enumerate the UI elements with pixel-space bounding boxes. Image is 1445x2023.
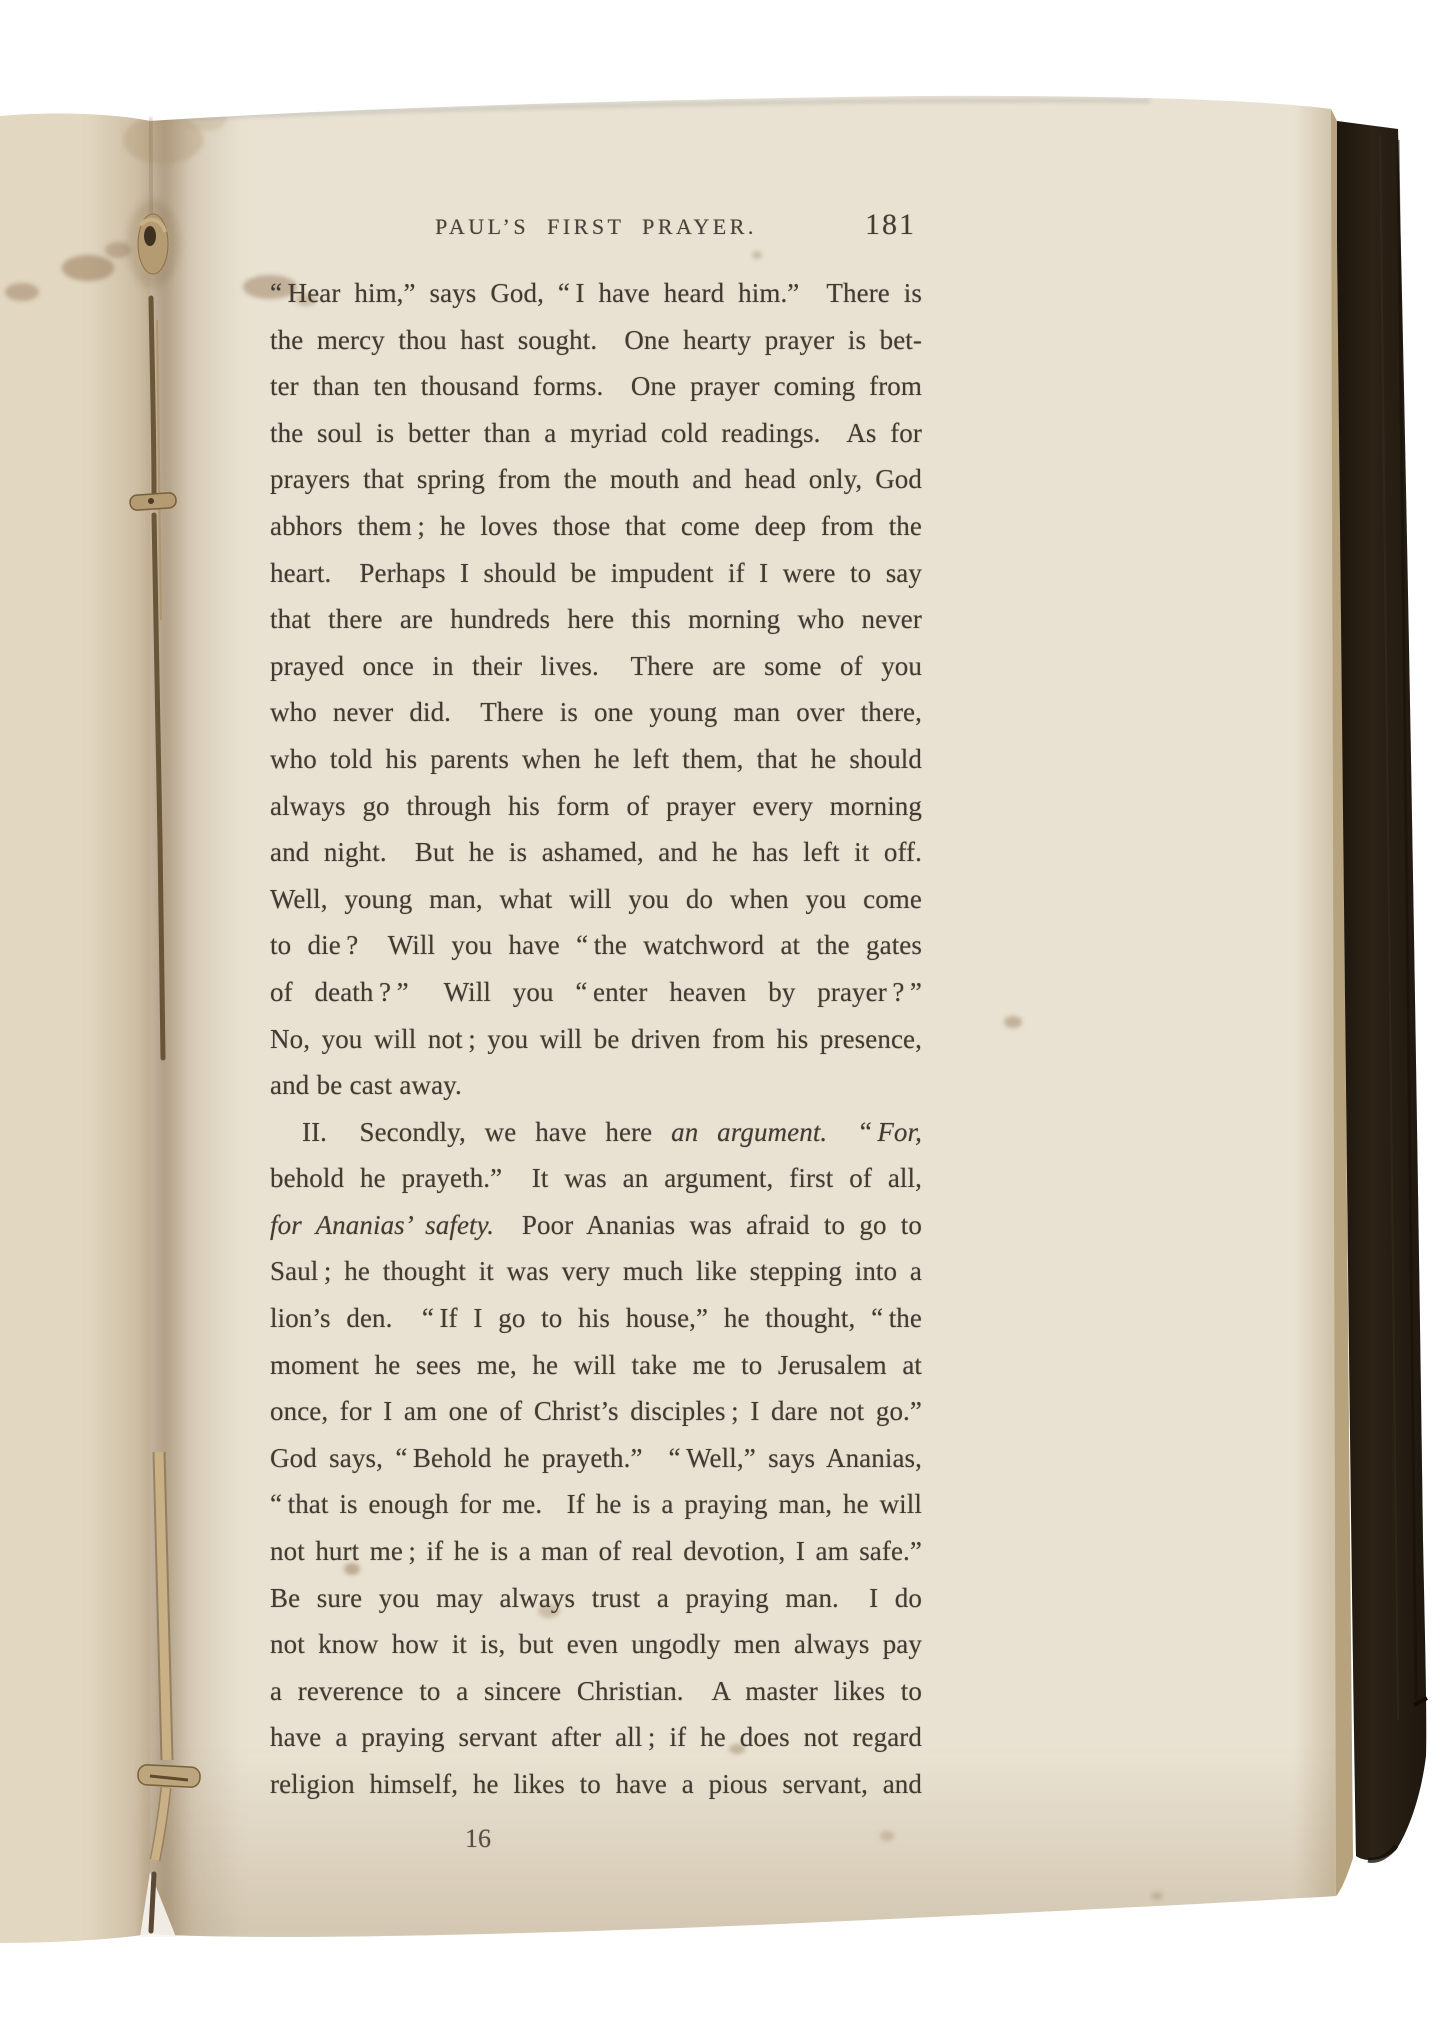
text-line: for Ananias’ safety. Poor Ananias was af… (270, 1202, 922, 1249)
text-line: of death ? ” Will you “ enter heaven by … (270, 969, 922, 1016)
text-line: “ that is enough for me. If he is a pray… (270, 1481, 922, 1528)
text-line: not know how it is, but even ungodly men… (270, 1621, 922, 1668)
text-line: and be cast away. (270, 1062, 922, 1109)
text-line: who never did. There is one young man ov… (270, 689, 922, 736)
text-line: not hurt me ; if he is a man of real dev… (270, 1528, 922, 1575)
text-line: abhors them ; he loves those that come d… (270, 503, 922, 550)
signature-mark: 16 (446, 1824, 510, 1854)
text-line: always go through his form of prayer eve… (270, 783, 922, 830)
book-page-photo: PAUL’S FIRST PRAYER. 181 “ Hear him,” sa… (0, 0, 1445, 2023)
text-line: religion himself, he likes to have a pio… (270, 1761, 922, 1808)
text-line: and night. But he is ashamed, and he has… (270, 829, 922, 876)
text-line: a reverence to a sincere Christian. A ma… (270, 1668, 922, 1715)
text-line: Saul ; he thought it was very much like … (270, 1248, 922, 1295)
text-line: that there are hundreds here this mornin… (270, 596, 922, 643)
text-line: Well, young man, what will you do when y… (270, 876, 922, 923)
text-line: prayed once in their lives. There are so… (270, 643, 922, 690)
text-line: No, you will not ; you will be driven fr… (270, 1016, 922, 1063)
text-line: prayers that spring from the mouth and h… (270, 456, 922, 503)
page-header: PAUL’S FIRST PRAYER. 181 (270, 214, 922, 254)
text-line: once, for I am one of Christ’s disciples… (270, 1388, 922, 1435)
text-line: have a praying servant after all ; if he… (270, 1714, 922, 1761)
text-line: the mercy thou hast sought. One hearty p… (270, 317, 922, 364)
text-line: ter than ten thousand forms. One prayer … (270, 363, 922, 410)
printed-page: PAUL’S FIRST PRAYER. 181 “ Hear him,” sa… (0, 0, 1445, 2023)
text-line: who told his parents when he left them, … (270, 736, 922, 783)
text-line: Be sure you may always trust a praying m… (270, 1575, 922, 1622)
text-line: II. Secondly, we have here an argument. … (270, 1109, 922, 1156)
text-line: God says, “ Behold he prayeth.” “ Well,”… (270, 1435, 922, 1482)
text-line: to die ? Will you have “ the watchword a… (270, 922, 922, 969)
text-line: heart. Perhaps I should be impudent if I… (270, 550, 922, 597)
text-block: “ Hear him,” says God, “ I have heard hi… (270, 270, 922, 1808)
text-line: moment he sees me, he will take me to Je… (270, 1342, 922, 1389)
text-line: the soul is better than a myriad cold re… (270, 410, 922, 457)
page-number: 181 (865, 208, 916, 242)
text-line: “ Hear him,” says God, “ I have heard hi… (270, 270, 922, 317)
text-line: behold he prayeth.” It was an argument, … (270, 1155, 922, 1202)
running-head: PAUL’S FIRST PRAYER. (270, 214, 922, 240)
text-line: lion’s den. “ If I go to his house,” he … (270, 1295, 922, 1342)
